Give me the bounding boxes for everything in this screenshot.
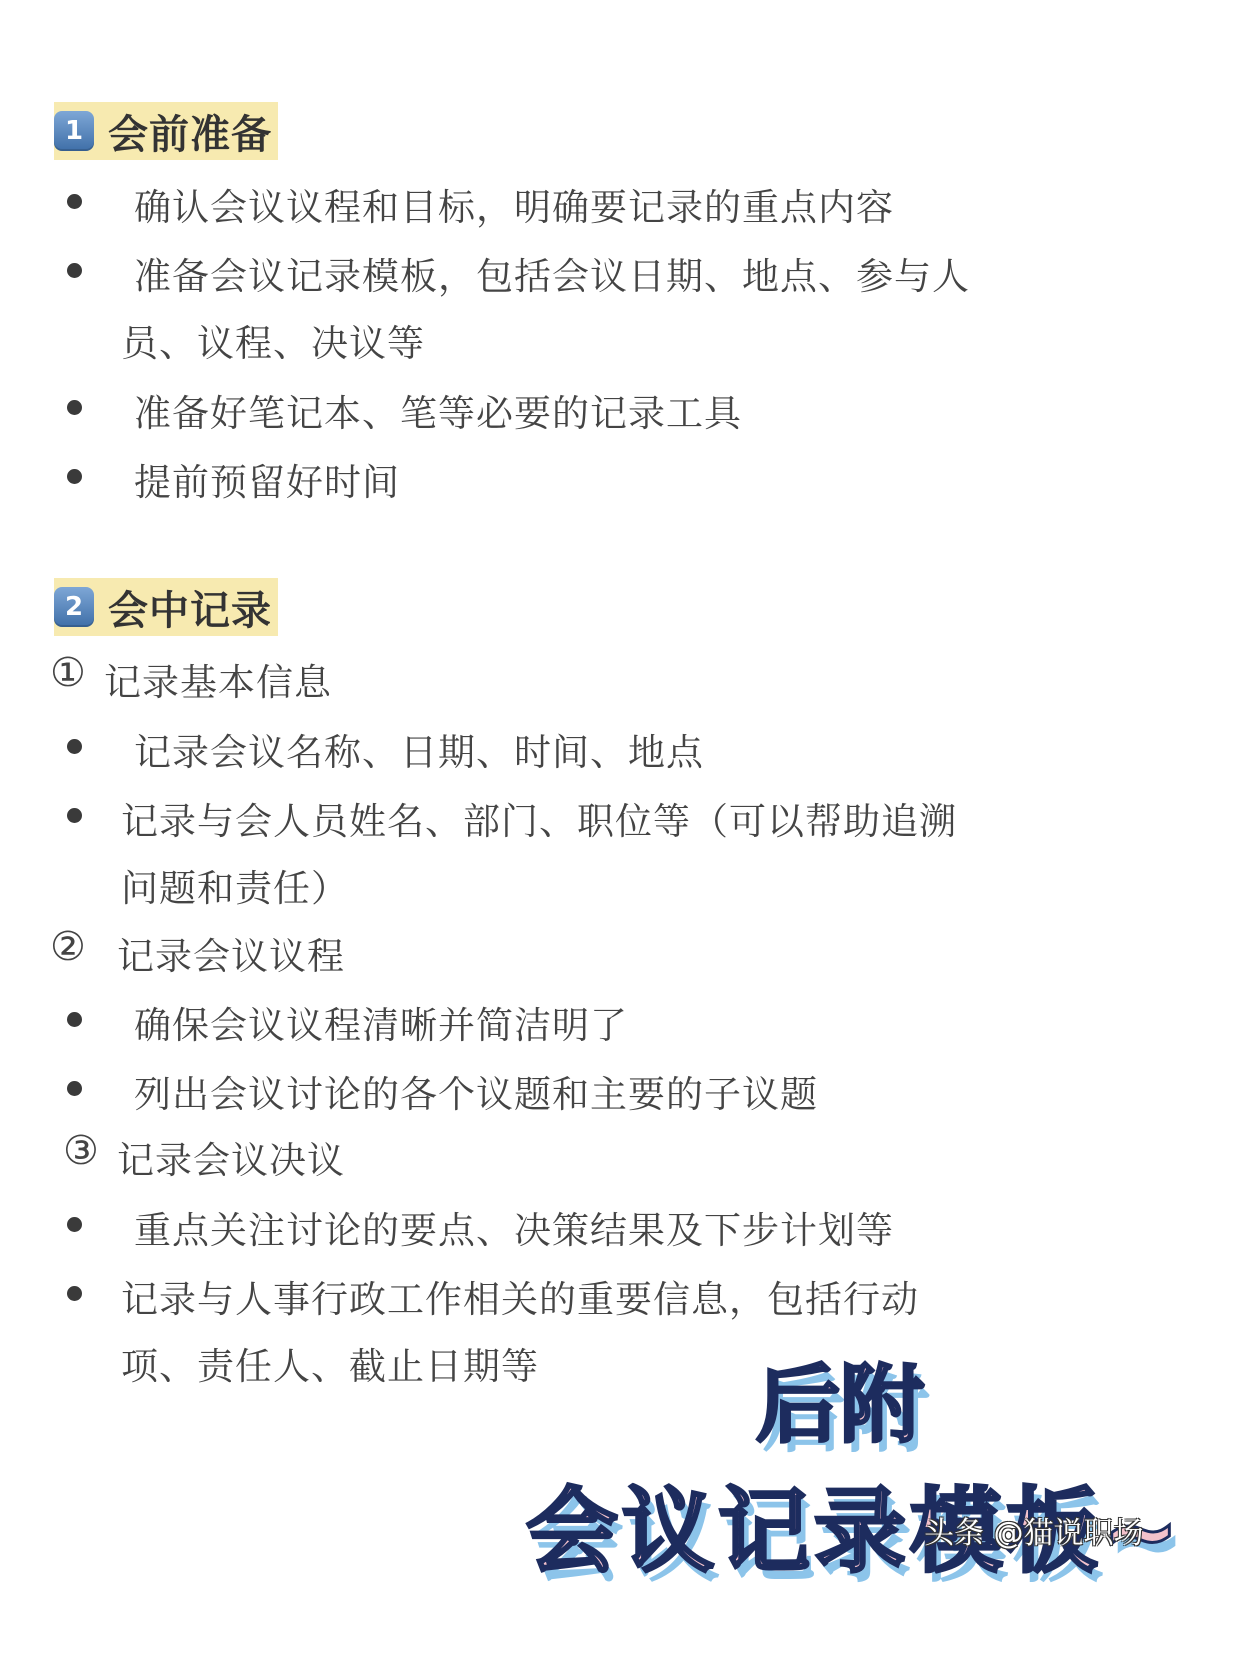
section-title: 会前准备 [108, 103, 272, 160]
bullet-icon [67, 263, 82, 278]
bullet-icon [67, 739, 82, 754]
watermark: 头条 @猫说职场 [924, 1508, 1144, 1552]
bullet-icon [67, 1217, 82, 1232]
list-item: 确保会议议程清晰并简洁明了 [134, 995, 628, 1049]
number-one-icon: 1 [54, 111, 94, 151]
list-item: 重点关注讨论的要点、决策结果及下步计划等 [134, 1200, 894, 1254]
bullet-icon [67, 1081, 82, 1096]
subsection-title: 记录会议议程 [117, 926, 345, 980]
list-item-continuation: 项、责任人、截止日期等 [121, 1336, 539, 1390]
bullet-icon [67, 808, 82, 823]
footer-title-attached: 后附 [756, 1338, 924, 1459]
section-heading-pre-meeting: 1 会前准备 [54, 102, 278, 160]
bullet-icon [67, 400, 82, 415]
list-item: 记录会议名称、日期、时间、地点 [134, 722, 704, 776]
circled-number-two: ② [50, 924, 86, 970]
list-item: 记录与人事行政工作相关的重要信息，包括行动 [121, 1269, 919, 1323]
list-item: 提前预留好时间 [134, 452, 400, 506]
bullet-icon [67, 1012, 82, 1027]
bullet-icon [67, 194, 82, 209]
list-item-continuation: 问题和责任） [121, 858, 349, 912]
list-item: 列出会议讨论的各个议题和主要的子议题 [134, 1064, 818, 1118]
circled-number-three: ③ [63, 1128, 99, 1174]
subsection-title: 记录会议决议 [117, 1130, 345, 1184]
list-item: 准备好笔记本、笔等必要的记录工具 [134, 383, 742, 437]
list-item-continuation: 员、议程、决议等 [121, 313, 425, 367]
section-heading-during-meeting: 2 会中记录 [54, 578, 278, 636]
list-item: 确认会议议程和目标，明确要记录的重点内容 [134, 177, 894, 231]
bullet-icon [67, 1286, 82, 1301]
list-item: 记录与会人员姓名、部门、职位等（可以帮助追溯 [121, 791, 957, 845]
number-two-icon: 2 [54, 587, 94, 627]
list-item: 准备会议记录模板，包括会议日期、地点、参与人 [134, 246, 970, 300]
circled-number-one: ① [50, 650, 86, 696]
section-title: 会中记录 [108, 579, 272, 636]
bullet-icon [67, 469, 82, 484]
subsection-title: 记录基本信息 [104, 652, 332, 706]
